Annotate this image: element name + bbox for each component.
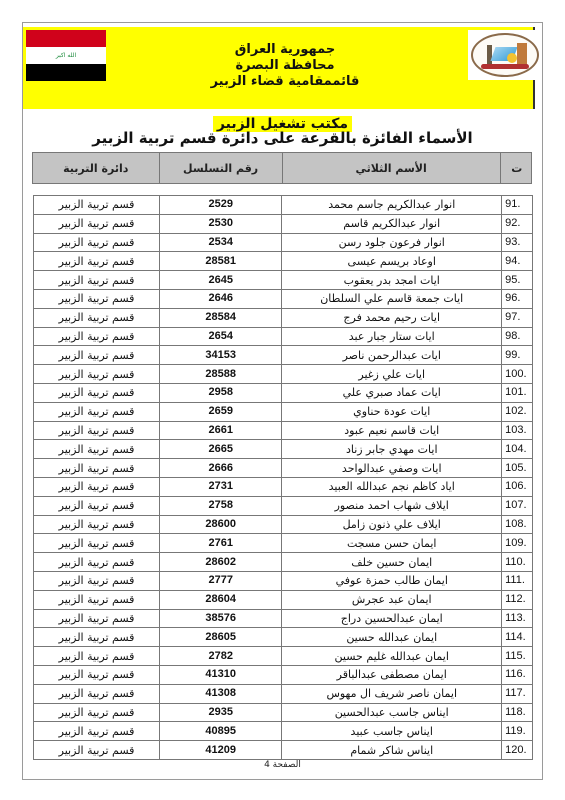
cell-seq: 94. — [502, 252, 533, 271]
header-serial: رقم التسلسل — [159, 153, 282, 184]
table-row: 109.ايمان حسن مسجت2761قسم تربية الزبير — [34, 534, 533, 553]
table-row: 106.اياد كاظم نجم عبدالله العبيد2731قسم … — [34, 477, 533, 496]
cell-department: قسم تربية الزبير — [34, 233, 160, 252]
cell-department: قسم تربية الزبير — [34, 196, 160, 215]
cell-seq: 95. — [502, 271, 533, 290]
table-row: 97.ايات رحيم محمد فرج28584قسم تربية الزب… — [34, 308, 533, 327]
header-row: ت الأسم الثلاثي رقم التسلسل دائرة التربي… — [33, 153, 532, 184]
cell-department: قسم تربية الزبير — [34, 440, 160, 459]
flag-text: الله اكبر — [56, 52, 76, 59]
cell-name: انوار عبدالكريم قاسم — [282, 214, 502, 233]
cell-department: قسم تربية الزبير — [34, 571, 160, 590]
cell-seq: 102. — [502, 402, 533, 421]
header-seq: ت — [500, 153, 531, 184]
cell-department: قسم تربية الزبير — [34, 421, 160, 440]
cell-department: قسم تربية الزبير — [34, 590, 160, 609]
cell-name: ايات عماد صبري علي — [282, 383, 502, 402]
cell-serial: 2665 — [160, 440, 282, 459]
cell-serial: 2731 — [160, 477, 282, 496]
district-emblem-icon — [468, 30, 542, 80]
cell-serial: 40895 — [160, 722, 282, 741]
cell-serial: 41209 — [160, 741, 282, 760]
cell-department: قسم تربية الزبير — [34, 515, 160, 534]
cell-serial: 2777 — [160, 571, 282, 590]
cell-seq: 109. — [502, 534, 533, 553]
cell-department: قسم تربية الزبير — [34, 271, 160, 290]
table-row: 103.ايات قاسم نعيم عبود2661قسم تربية الز… — [34, 421, 533, 440]
cell-seq: 91. — [502, 196, 533, 215]
cell-seq: 119. — [502, 722, 533, 741]
cell-seq: 100. — [502, 365, 533, 384]
cell-department: قسم تربية الزبير — [34, 365, 160, 384]
cell-serial: 28605 — [160, 628, 282, 647]
cell-serial: 2645 — [160, 271, 282, 290]
emblem-fort — [517, 43, 527, 65]
cell-department: قسم تربية الزبير — [34, 665, 160, 684]
cell-name: ايمان عبد عجرش — [282, 590, 502, 609]
cell-seq: 98. — [502, 327, 533, 346]
cell-name: ايات علي زغير — [282, 365, 502, 384]
cell-name: اوعاد بريسم عيسى — [282, 252, 502, 271]
cell-name: انوار عبدالكريم جاسم محمد — [282, 196, 502, 215]
cell-department: قسم تربية الزبير — [34, 346, 160, 365]
results-table-body: 91.انوار عبدالكريم جاسم محمد2529قسم تربي… — [34, 196, 533, 760]
banner-title-governorate: محافظة البصرة — [130, 58, 440, 73]
cell-name: ايناس جاسب عبدالحسين — [282, 703, 502, 722]
table-row: 115.ايمان عبدالله غليم حسين2782قسم تربية… — [34, 647, 533, 666]
table-row: 108.ايلاف علي ذنون زامل28600قسم تربية ال… — [34, 515, 533, 534]
cell-name: ايمان عبدالحسين دراج — [282, 609, 502, 628]
cell-seq: 108. — [502, 515, 533, 534]
cell-department: قسم تربية الزبير — [34, 722, 160, 741]
emblem-ring — [471, 33, 539, 77]
cell-seq: 113. — [502, 609, 533, 628]
cell-serial: 2661 — [160, 421, 282, 440]
cell-serial: 34153 — [160, 346, 282, 365]
cell-department: قسم تربية الزبير — [34, 553, 160, 572]
cell-seq: 120. — [502, 741, 533, 760]
table-header: ت الأسم الثلاثي رقم التسلسل دائرة التربي… — [32, 152, 532, 184]
cell-seq: 111. — [502, 571, 533, 590]
table-row: 107.ايلاف شهاب احمد منصور2758قسم تربية ا… — [34, 496, 533, 515]
table-row: 94.اوعاد بريسم عيسى28581قسم تربية الزبير — [34, 252, 533, 271]
cell-department: قسم تربية الزبير — [34, 609, 160, 628]
cell-serial: 38576 — [160, 609, 282, 628]
cell-serial: 28604 — [160, 590, 282, 609]
table-row: 105.ايات وصفي عبدالواحد2666قسم تربية الز… — [34, 459, 533, 478]
cell-serial: 2646 — [160, 289, 282, 308]
cell-department: قسم تربية الزبير — [34, 327, 160, 346]
table-row: 111.ايمان طالب حمزة عوفي2777قسم تربية ال… — [34, 571, 533, 590]
cell-seq: 107. — [502, 496, 533, 515]
cell-name: ايات مهدي جابر زناد — [282, 440, 502, 459]
cell-seq: 93. — [502, 233, 533, 252]
cell-department: قسم تربية الزبير — [34, 703, 160, 722]
cell-department: قسم تربية الزبير — [34, 289, 160, 308]
cell-name: انوار فرعون جلود رسن — [282, 233, 502, 252]
cell-name: ايات ستار جبار عبد — [282, 327, 502, 346]
cell-seq: 99. — [502, 346, 533, 365]
emblem-sun — [507, 53, 517, 63]
emblem-minaret — [487, 45, 492, 65]
cell-name: ايات رحيم محمد فرج — [282, 308, 502, 327]
cell-department: قسم تربية الزبير — [34, 534, 160, 553]
cell-seq: 106. — [502, 477, 533, 496]
header-name: الأسم الثلاثي — [282, 153, 500, 184]
cell-name: ايات وصفي عبدالواحد — [282, 459, 502, 478]
cell-department: قسم تربية الزبير — [34, 741, 160, 760]
cell-name: ايناس شاكر شمام — [282, 741, 502, 760]
cell-name: ايات جمعة قاسم علي السلطان — [282, 289, 502, 308]
iraq-flag-icon: الله اكبر — [26, 30, 106, 81]
table-row: 112.ايمان عبد عجرش28604قسم تربية الزبير — [34, 590, 533, 609]
cell-serial: 2782 — [160, 647, 282, 666]
cell-serial: 2654 — [160, 327, 282, 346]
cell-name: ايات عبدالرحمن ناصر — [282, 346, 502, 365]
cell-seq: 117. — [502, 684, 533, 703]
table-row: 102.ايات عودة حناوي2659قسم تربية الزبير — [34, 402, 533, 421]
cell-serial: 2529 — [160, 196, 282, 215]
cell-seq: 105. — [502, 459, 533, 478]
cell-department: قسم تربية الزبير — [34, 402, 160, 421]
cell-name: ايلاف علي ذنون زامل — [282, 515, 502, 534]
cell-seq: 115. — [502, 647, 533, 666]
cell-name: ايات قاسم نعيم عبود — [282, 421, 502, 440]
banner-title-republic: جمهورية العراق — [130, 42, 440, 57]
table-row: 98.ايات ستار جبار عبد2654قسم تربية الزبي… — [34, 327, 533, 346]
cell-name: ايات امجد بدر يعقوب — [282, 271, 502, 290]
cell-name: ايمان حسن مسجت — [282, 534, 502, 553]
cell-name: ايمان حسين خلف — [282, 553, 502, 572]
cell-seq: 112. — [502, 590, 533, 609]
cell-serial: 28581 — [160, 252, 282, 271]
cell-seq: 110. — [502, 553, 533, 572]
page-number: الصفحة 4 — [0, 760, 565, 770]
cell-seq: 114. — [502, 628, 533, 647]
cell-name: ايناس جاسب عبيد — [282, 722, 502, 741]
cell-department: قسم تربية الزبير — [34, 628, 160, 647]
table-row: 114.ايمان عبدالله حسين28605قسم تربية الز… — [34, 628, 533, 647]
table-row: 119.ايناس جاسب عبيد40895قسم تربية الزبير — [34, 722, 533, 741]
table-row: 118.ايناس جاسب عبدالحسين2935قسم تربية ال… — [34, 703, 533, 722]
cell-name: ايمان عبدالله غليم حسين — [282, 647, 502, 666]
cell-serial: 28602 — [160, 553, 282, 572]
cell-name: ايمان مصطفى عبدالباقر — [282, 665, 502, 684]
table-row: 99.ايات عبدالرحمن ناصر34153قسم تربية الز… — [34, 346, 533, 365]
table-row: 100.ايات علي زغير28588قسم تربية الزبير — [34, 365, 533, 384]
table-row: 91.انوار عبدالكريم جاسم محمد2529قسم تربي… — [34, 196, 533, 215]
cell-seq: 92. — [502, 214, 533, 233]
cell-department: قسم تربية الزبير — [34, 647, 160, 666]
table-row: 96.ايات جمعة قاسم علي السلطان2646قسم ترب… — [34, 289, 533, 308]
cell-serial: 28588 — [160, 365, 282, 384]
cell-name: اياد كاظم نجم عبدالله العبيد — [282, 477, 502, 496]
cell-seq: 104. — [502, 440, 533, 459]
document-subtitle: الأسماء الفائزة بالقرعة على دائرة قسم تر… — [30, 129, 535, 147]
cell-serial: 2761 — [160, 534, 282, 553]
header-department: دائرة التربية — [33, 153, 160, 184]
cell-department: قسم تربية الزبير — [34, 496, 160, 515]
cell-department: قسم تربية الزبير — [34, 214, 160, 233]
table-row: 104.ايات مهدي جابر زناد2665قسم تربية الز… — [34, 440, 533, 459]
cell-department: قسم تربية الزبير — [34, 459, 160, 478]
cell-department: قسم تربية الزبير — [34, 477, 160, 496]
cell-seq: 96. — [502, 289, 533, 308]
cell-seq: 97. — [502, 308, 533, 327]
cell-serial: 2666 — [160, 459, 282, 478]
cell-department: قسم تربية الزبير — [34, 252, 160, 271]
cell-name: ايلاف شهاب احمد منصور — [282, 496, 502, 515]
cell-department: قسم تربية الزبير — [34, 383, 160, 402]
table-row: 117.ايمان ناصر شريف ال مهوس41308قسم تربي… — [34, 684, 533, 703]
cell-serial: 41310 — [160, 665, 282, 684]
cell-serial: 2935 — [160, 703, 282, 722]
cell-serial: 2530 — [160, 214, 282, 233]
cell-serial: 28600 — [160, 515, 282, 534]
cell-department: قسم تربية الزبير — [34, 684, 160, 703]
table-row: 113.ايمان عبدالحسين دراج38576قسم تربية ا… — [34, 609, 533, 628]
banner-title-district: قائممقامية قضاء الزبير — [130, 74, 440, 89]
table-row: 101.ايات عماد صبري علي2958قسم تربية الزب… — [34, 383, 533, 402]
cell-name: ايات عودة حناوي — [282, 402, 502, 421]
cell-seq: 118. — [502, 703, 533, 722]
cell-name: ايمان طالب حمزة عوفي — [282, 571, 502, 590]
table-row: 95.ايات امجد بدر يعقوب2645قسم تربية الزب… — [34, 271, 533, 290]
table-row: 116.ايمان مصطفى عبدالباقر41310قسم تربية … — [34, 665, 533, 684]
cell-seq: 103. — [502, 421, 533, 440]
cell-seq: 101. — [502, 383, 533, 402]
cell-serial: 2758 — [160, 496, 282, 515]
cell-serial: 41308 — [160, 684, 282, 703]
table-row: 92.انوار عبدالكريم قاسم2530قسم تربية الز… — [34, 214, 533, 233]
cell-serial: 2958 — [160, 383, 282, 402]
table-row: 120.ايناس شاكر شمام41209قسم تربية الزبير — [34, 741, 533, 760]
cell-seq: 116. — [502, 665, 533, 684]
flag-red-stripe — [26, 30, 106, 47]
table-row: 110.ايمان حسين خلف28602قسم تربية الزبير — [34, 553, 533, 572]
cell-name: ايمان ناصر شريف ال مهوس — [282, 684, 502, 703]
flag-white-stripe: الله اكبر — [26, 47, 106, 64]
cell-serial: 28584 — [160, 308, 282, 327]
cell-serial: 2534 — [160, 233, 282, 252]
cell-serial: 2659 — [160, 402, 282, 421]
results-table: 91.انوار عبدالكريم جاسم محمد2529قسم تربي… — [33, 195, 533, 760]
flag-black-stripe — [26, 64, 106, 81]
table-row: 93.انوار فرعون جلود رسن2534قسم تربية الز… — [34, 233, 533, 252]
emblem-ribbon — [481, 64, 529, 69]
cell-department: قسم تربية الزبير — [34, 308, 160, 327]
cell-name: ايمان عبدالله حسين — [282, 628, 502, 647]
